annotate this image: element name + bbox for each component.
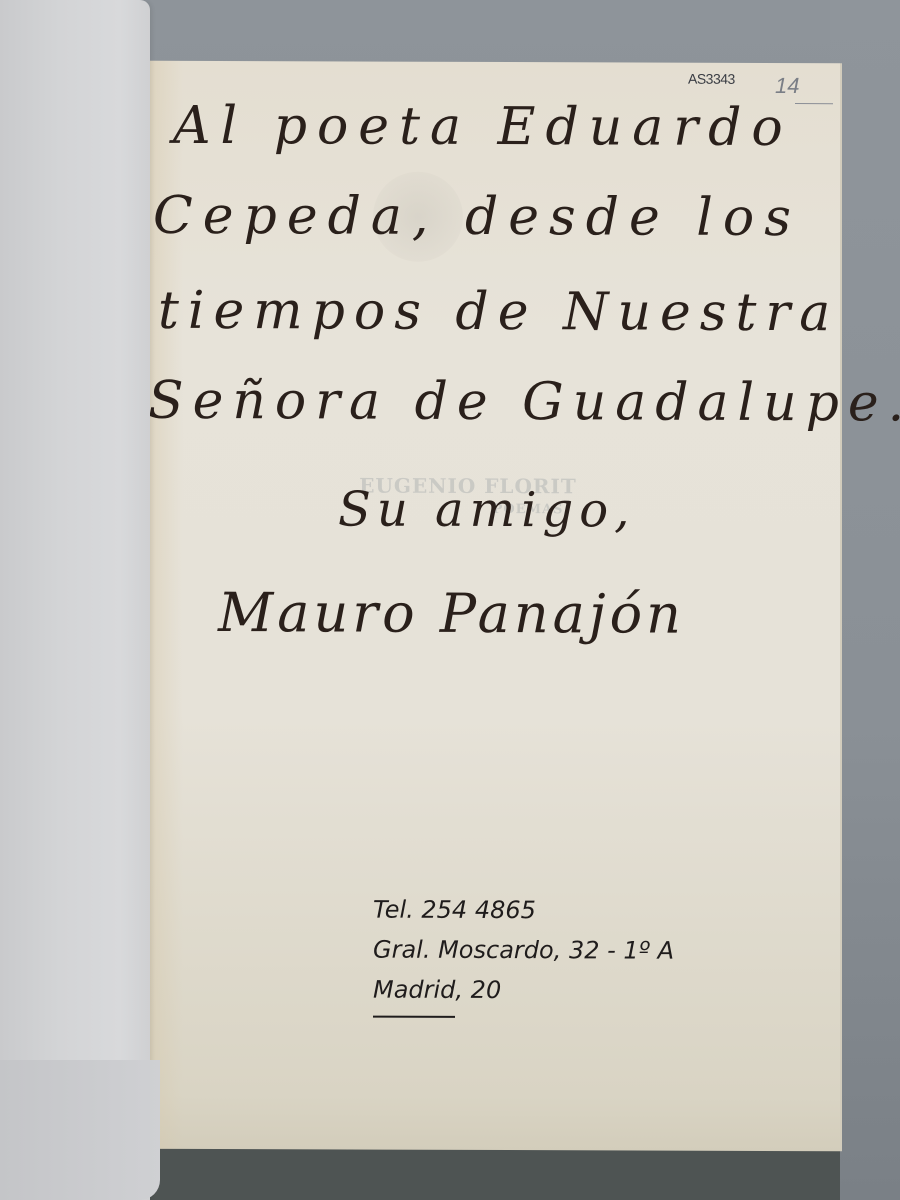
flyleaf-curl [0, 1060, 160, 1200]
pencil-underline [795, 103, 833, 104]
postal-district: , 20 [455, 976, 501, 1004]
city-line: Madrid, 20 [373, 970, 674, 1019]
street-address: Gral. Moscardo, 32 - 1º A [373, 930, 674, 971]
catalog-number: AS3343 [688, 71, 735, 87]
dedication-closing: Su amigo, [338, 481, 635, 538]
pencil-page-number: 14 [775, 73, 799, 99]
dedication-line-4: Señora de Guadalupe. [148, 371, 900, 434]
phone-number: Tel. 254 4865 [373, 890, 674, 931]
signature: Mauro Panajón [218, 581, 685, 646]
dedication-line-1: Al poeta Eduardo [173, 96, 793, 158]
flyleaf-page [0, 0, 150, 1200]
address-block: Tel. 254 4865 Gral. Moscardo, 32 - 1º A … [373, 890, 674, 1019]
city-name: Madrid [373, 970, 455, 1018]
book-page: EUGENIO FLORIT POEMAS AS3343 14 Al poeta… [143, 61, 842, 1151]
dedication-line-3: tiempos de Nuestra [158, 281, 839, 343]
dedication-line-2: Cepeda, desde los [153, 186, 801, 248]
